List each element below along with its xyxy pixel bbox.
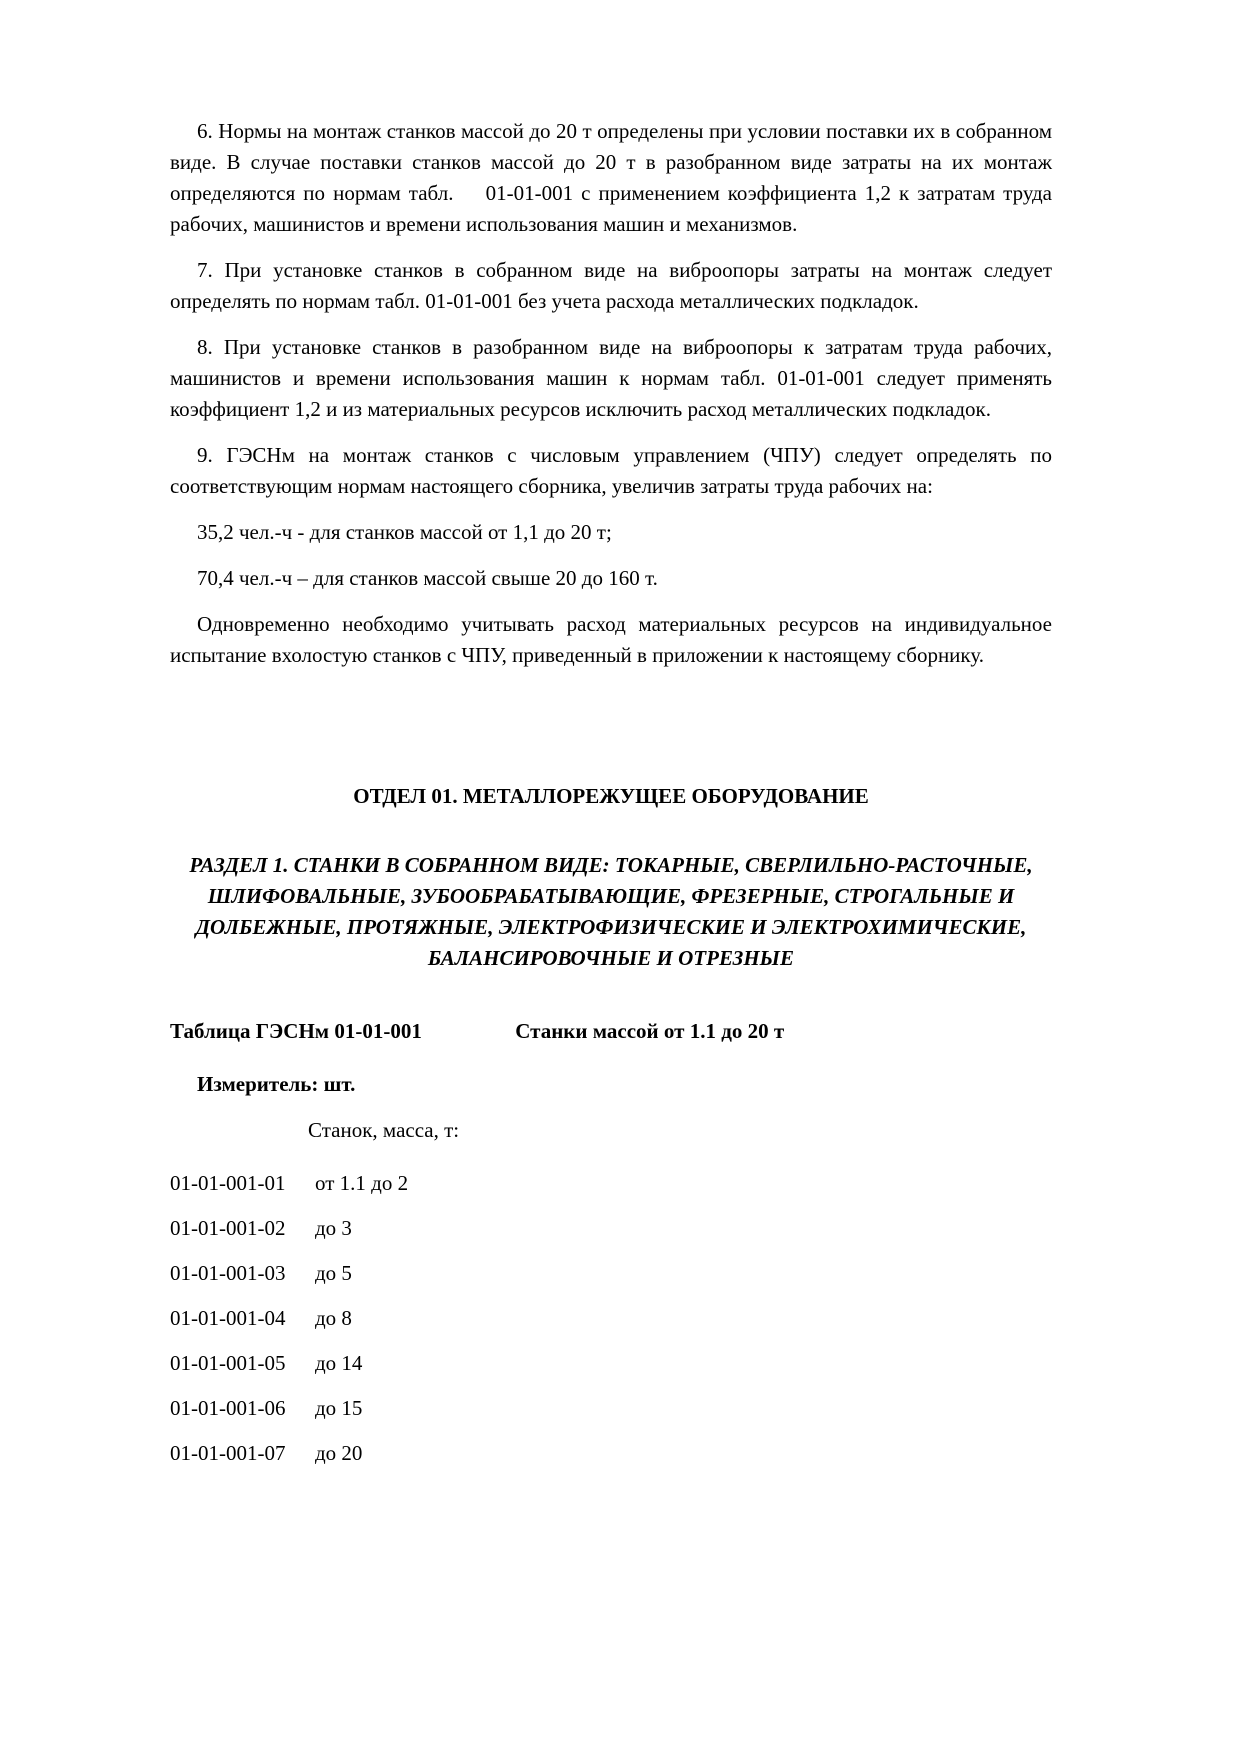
section-title: ОТДЕЛ 01. МЕТАЛЛОРЕЖУЩЕЕ ОБОРУДОВАНИЕ [170, 781, 1052, 812]
table-caption-label: Таблица ГЭСНм 01-01-001 [170, 1016, 510, 1047]
row-value: до 3 [315, 1213, 1052, 1244]
row-code: 01-01-001-05 [170, 1348, 315, 1379]
paragraph-6: 6. Нормы на монтаж станков массой до 20 … [170, 116, 1052, 240]
table-row: 01-01-001-01 от 1.1 до 2 [170, 1168, 1052, 1199]
row-value: до 15 [315, 1393, 1052, 1424]
row-value: до 20 [315, 1438, 1052, 1469]
row-value: от 1.1 до 2 [315, 1168, 1052, 1199]
table-row: 01-01-001-06 до 15 [170, 1393, 1052, 1424]
paragraph-9: 9. ГЭСНм на монтаж станков с числовым уп… [170, 440, 1052, 502]
norm-table: 01-01-001-01 от 1.1 до 2 01-01-001-02 до… [170, 1168, 1052, 1469]
table-caption-title: Станки массой от 1.1 до 20 т [515, 1019, 784, 1043]
row-code: 01-01-001-04 [170, 1303, 315, 1334]
table-row: 01-01-001-07 до 20 [170, 1438, 1052, 1469]
labor-item-2: 70,4 чел.-ч – для станков массой свыше 2… [170, 563, 1052, 594]
closing-paragraph: Одновременно необходимо учитывать расход… [170, 609, 1052, 671]
document-page: 6. Нормы на монтаж станков массой до 20 … [0, 0, 1240, 1755]
table-row: 01-01-001-05 до 14 [170, 1348, 1052, 1379]
table-row: 01-01-001-03 до 5 [170, 1258, 1052, 1289]
row-value: до 5 [315, 1258, 1052, 1289]
paragraph-7: 7. При установке станков в собранном вид… [170, 255, 1052, 317]
table-caption: Таблица ГЭСНм 01-01-001 Станки массой от… [170, 1016, 1052, 1047]
paragraph-8: 8. При установке станков в разобранном в… [170, 332, 1052, 425]
table-row: 01-01-001-04 до 8 [170, 1303, 1052, 1334]
labor-item-1: 35,2 чел.-ч - для станков массой от 1,1 … [170, 517, 1052, 548]
table-row: 01-01-001-02 до 3 [170, 1213, 1052, 1244]
row-code: 01-01-001-07 [170, 1438, 315, 1469]
row-value: до 14 [315, 1348, 1052, 1379]
row-code: 01-01-001-03 [170, 1258, 315, 1289]
row-value: до 8 [315, 1303, 1052, 1334]
measure-label: Измеритель: шт. [170, 1069, 1052, 1100]
row-code: 01-01-001-06 [170, 1393, 315, 1424]
table-group-header: Станок, масса, т: [308, 1115, 1052, 1146]
subsection-title: РАЗДЕЛ 1. СТАНКИ В СОБРАННОМ ВИДЕ: ТОКАР… [170, 850, 1052, 974]
row-code: 01-01-001-01 [170, 1168, 315, 1199]
row-code: 01-01-001-02 [170, 1213, 315, 1244]
